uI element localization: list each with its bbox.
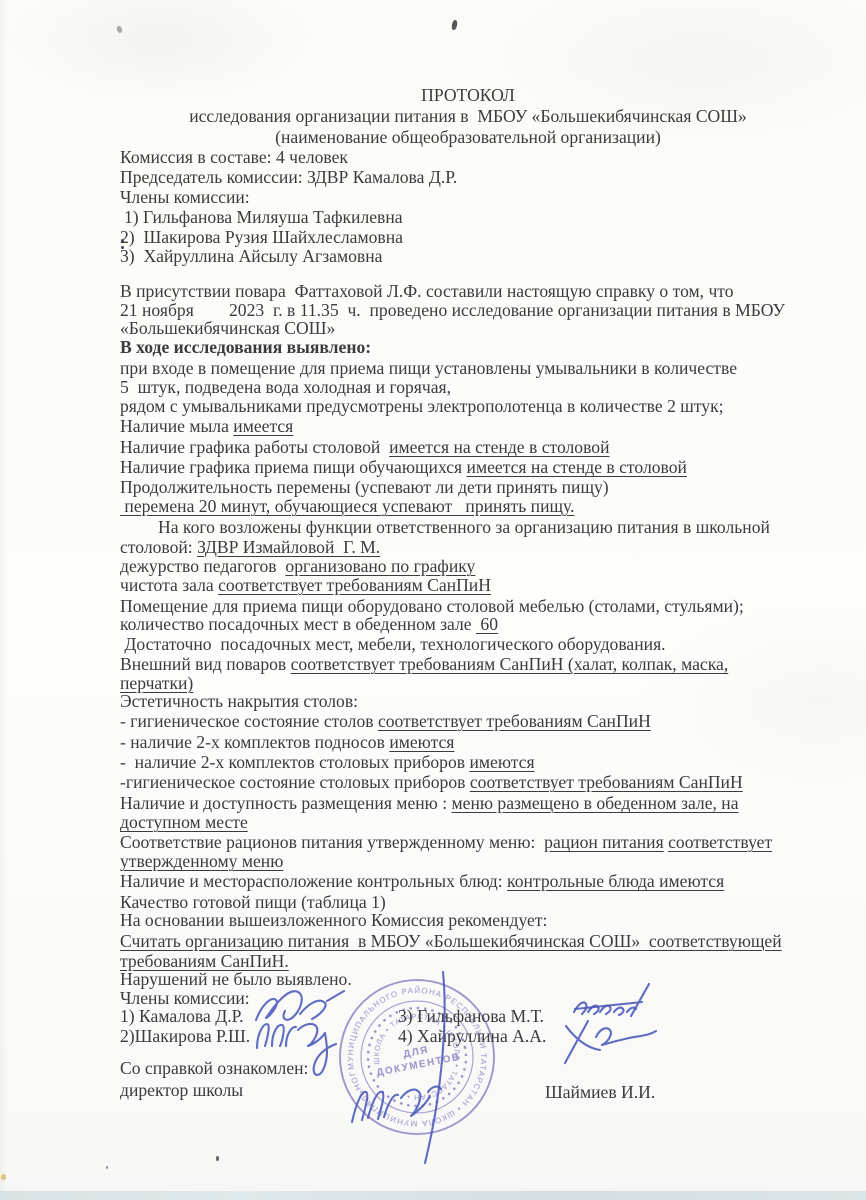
scan-artifact	[106, 1166, 108, 1169]
scan-artifact	[216, 1156, 219, 1161]
scan-artifact	[121, 239, 124, 242]
scan-artifact	[121, 246, 124, 249]
signature-khayrullina	[565, 1021, 656, 1063]
signatures-layer	[0, 0, 866, 1200]
signature-director	[352, 972, 445, 1163]
scan-artifact	[1, 1174, 6, 1180]
document-page: МУНИЦИПАЛЬНОГО РАЙОНА РЕСПУБЛИКИ ТАТАРСТ…	[0, 0, 866, 1200]
scanner-edge-band	[0, 1191, 866, 1200]
signature-shakirova	[257, 1024, 336, 1075]
signature-kamalova	[256, 991, 344, 1020]
signature-gilfanova	[574, 984, 649, 1016]
